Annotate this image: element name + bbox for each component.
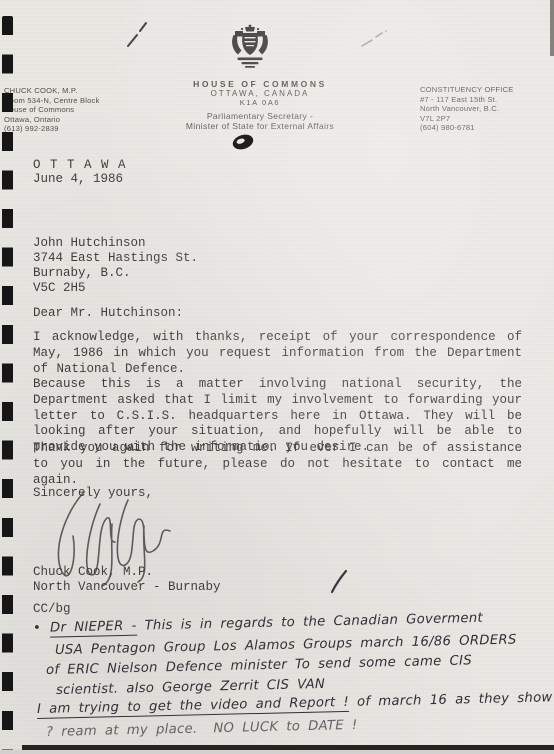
constituency-office-block: CONSTITUENCY OFFICE #7 - 117 East 15th S… — [420, 85, 514, 133]
page-right-edge — [550, 0, 554, 56]
signer-riding: North Vancouver - Burnaby — [33, 580, 221, 596]
handwritten-line-4: scientist. also George Zerrit CIS VAN — [56, 677, 325, 698]
constituency-phone: (604) 980-6781 — [420, 123, 514, 133]
constituency-postal: V7L 2P7 — [420, 114, 514, 124]
mp-org: House of Commons — [4, 105, 100, 115]
scanned-letter-page: HOUSE OF COMMONS OTTAWA, CANADA K1A 0A6 … — [0, 0, 554, 754]
signer-name: Chuck Cook, M.P. — [33, 565, 153, 581]
mp-city: Ottawa, Ontario — [4, 115, 100, 125]
letter-date: June 4, 1986 — [33, 172, 123, 188]
typist-initials: CC/bg — [33, 602, 71, 618]
parliament-office-block: CHUCK COOK, M.P. Room 534-N, Centre Bloc… — [4, 86, 100, 134]
handwritten-addressee: Dr NIEPER - — [50, 619, 137, 638]
handwritten-line-5-underlined: I am trying to get the video and Report … — [37, 695, 349, 719]
handwritten-line-3: of ERIC Nielson Defence minister To send… — [46, 653, 472, 678]
ink-smudge — [231, 132, 255, 152]
spiral-binding-marks — [2, 16, 13, 754]
letterhead-postal-code: K1A 0A6 — [110, 98, 410, 107]
constituency-street: #7 - 117 East 15th St. — [420, 95, 514, 105]
pen-mark — [362, 30, 387, 46]
letterhead-title-line1: Parliamentary Secretary - — [110, 111, 410, 121]
recipient-street: 3744 East Hastings St. — [33, 251, 198, 267]
constituency-title: CONSTITUENCY OFFICE — [420, 85, 514, 95]
pen-mark — [332, 571, 346, 592]
letterhead-house-of-commons: HOUSE OF COMMONS — [110, 79, 410, 89]
handwritten-line-6: ? ream at my place. NO LUCK to DATE ! — [46, 718, 358, 740]
handwritten-bullet: • — [33, 621, 41, 636]
salutation: Dear Mr. Hutchinson: — [33, 306, 183, 322]
handwritten-line-1-text: This is in regards to the Canadian Gover… — [136, 611, 483, 634]
letterhead-city: OTTAWA, CANADA — [110, 89, 410, 98]
recipient-name: John Hutchinson — [33, 236, 146, 252]
page-bottom-edge — [22, 745, 554, 750]
handwritten-line-1: •Dr NIEPER - This is in regards to the C… — [33, 611, 483, 636]
constituency-city: North Vancouver, B.C. — [420, 104, 514, 114]
pen-mark — [128, 23, 146, 46]
handwritten-line-5-text: of march 16 as they show — [349, 690, 553, 710]
scan-margin — [0, 750, 554, 754]
letterhead-title-line2: Minister of State for External Affairs — [110, 121, 410, 131]
recipient-city: Burnaby, B.C. — [33, 266, 131, 282]
body-paragraph-1: I acknowledge, with thanks, receipt of y… — [33, 330, 522, 377]
recipient-postal: V5C 2H5 — [33, 281, 86, 297]
body-paragraph-3: Thank you again for writing me. If ever … — [33, 441, 522, 488]
coat-of-arms-icon — [228, 24, 272, 72]
mp-phone: (613) 992-2839 — [4, 124, 100, 134]
mp-name: CHUCK COOK, M.P. — [4, 86, 100, 96]
mp-room: Room 534-N, Centre Block — [4, 96, 100, 106]
